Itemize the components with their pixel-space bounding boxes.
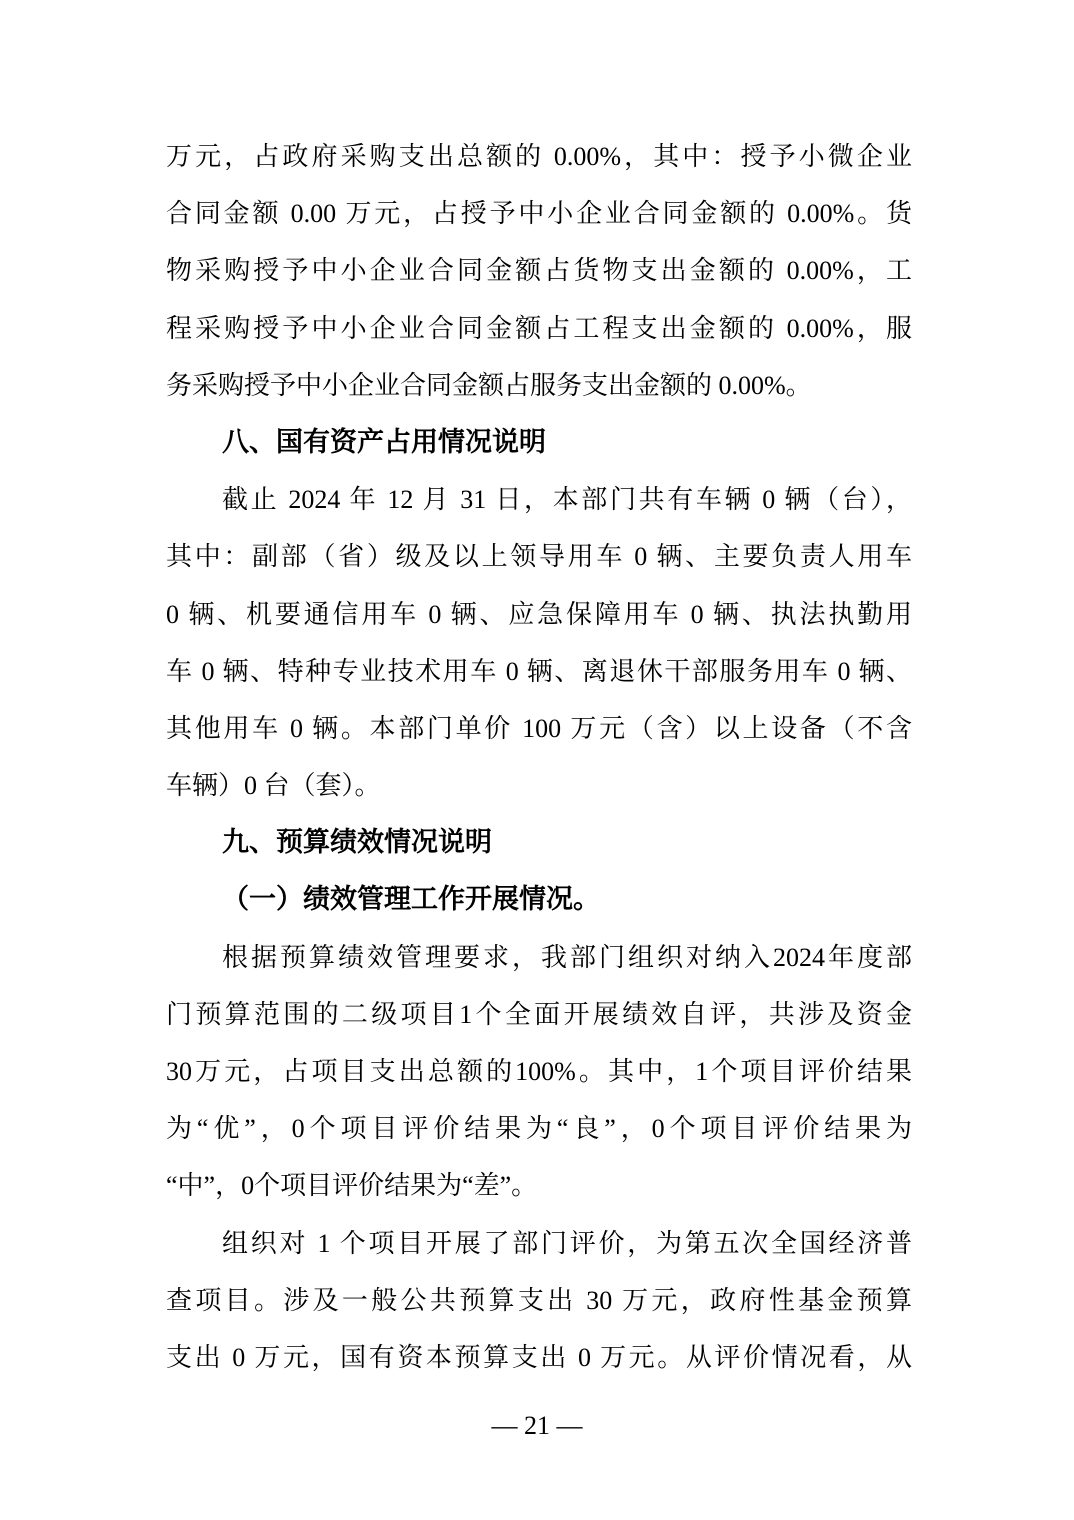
subsection-heading-1: （一）绩效管理工作开展情况。 [166,871,912,928]
body-text-line: 查项目。涉及一般公共预算支出 30 万元，政府性基金预算 [166,1272,912,1329]
body-text-line: 合同金额 0.00 万元，占授予中小企业合同金额的 0.00%。货 [166,185,912,242]
body-text-line: 万元，占政府采购支出总额的 0.00%，其中：授予小微企业 [166,128,912,185]
body-text-line: 车辆）0 台（套）。 [166,757,912,814]
body-text-line: 支出 0 万元，国有资本预算支出 0 万元。从评价情况看，从 [166,1329,912,1386]
document-body: 万元，占政府采购支出总额的 0.00%，其中：授予小微企业 合同金额 0.00 … [166,128,912,1386]
body-text-line: 其中：副部（省）级及以上领导用车 0 辆、主要负责人用车 [166,528,912,585]
body-text-line: “中”，0个项目评价结果为“差”。 [166,1157,912,1214]
body-text-line: 0 辆、机要通信用车 0 辆、应急保障用车 0 辆、执法执勤用 [166,586,912,643]
body-text-line: 组织对 1 个项目开展了部门评价，为第五次全国经济普 [166,1215,912,1272]
page-number: — 21 — [0,1406,1074,1446]
section-heading-viii: 八、国有资产占用情况说明 [166,414,912,471]
body-text-line: 根据预算绩效管理要求，我部门组织对纳入2024年度部 [166,929,912,986]
body-text-line: 车 0 辆、特种专业技术用车 0 辆、离退休干部服务用车 0 辆、 [166,643,912,700]
body-text-line: 30万元，占项目支出总额的100%。其中，1个项目评价结果 [166,1043,912,1100]
section-heading-ix: 九、预算绩效情况说明 [166,814,912,871]
body-text-line: 截止 2024 年 12 月 31 日，本部门共有车辆 0 辆（台）， [166,471,912,528]
document-page: 万元，占政府采购支出总额的 0.00%，其中：授予小微企业 合同金额 0.00 … [0,0,1074,1520]
body-text-line: 其他用车 0 辆。本部门单价 100 万元（含）以上设备（不含 [166,700,912,757]
body-text-line: 程采购授予中小企业合同金额占工程支出金额的 0.00%，服 [166,300,912,357]
body-text-line: 门预算范围的二级项目1个全面开展绩效自评，共涉及资金 [166,986,912,1043]
body-text-line: 务采购授予中小企业合同金额占服务支出金额的 0.00%。 [166,357,912,414]
body-text-line: 为“优”，0个项目评价结果为“良”，0个项目评价结果为 [166,1100,912,1157]
body-text-line: 物采购授予中小企业合同金额占货物支出金额的 0.00%，工 [166,242,912,299]
